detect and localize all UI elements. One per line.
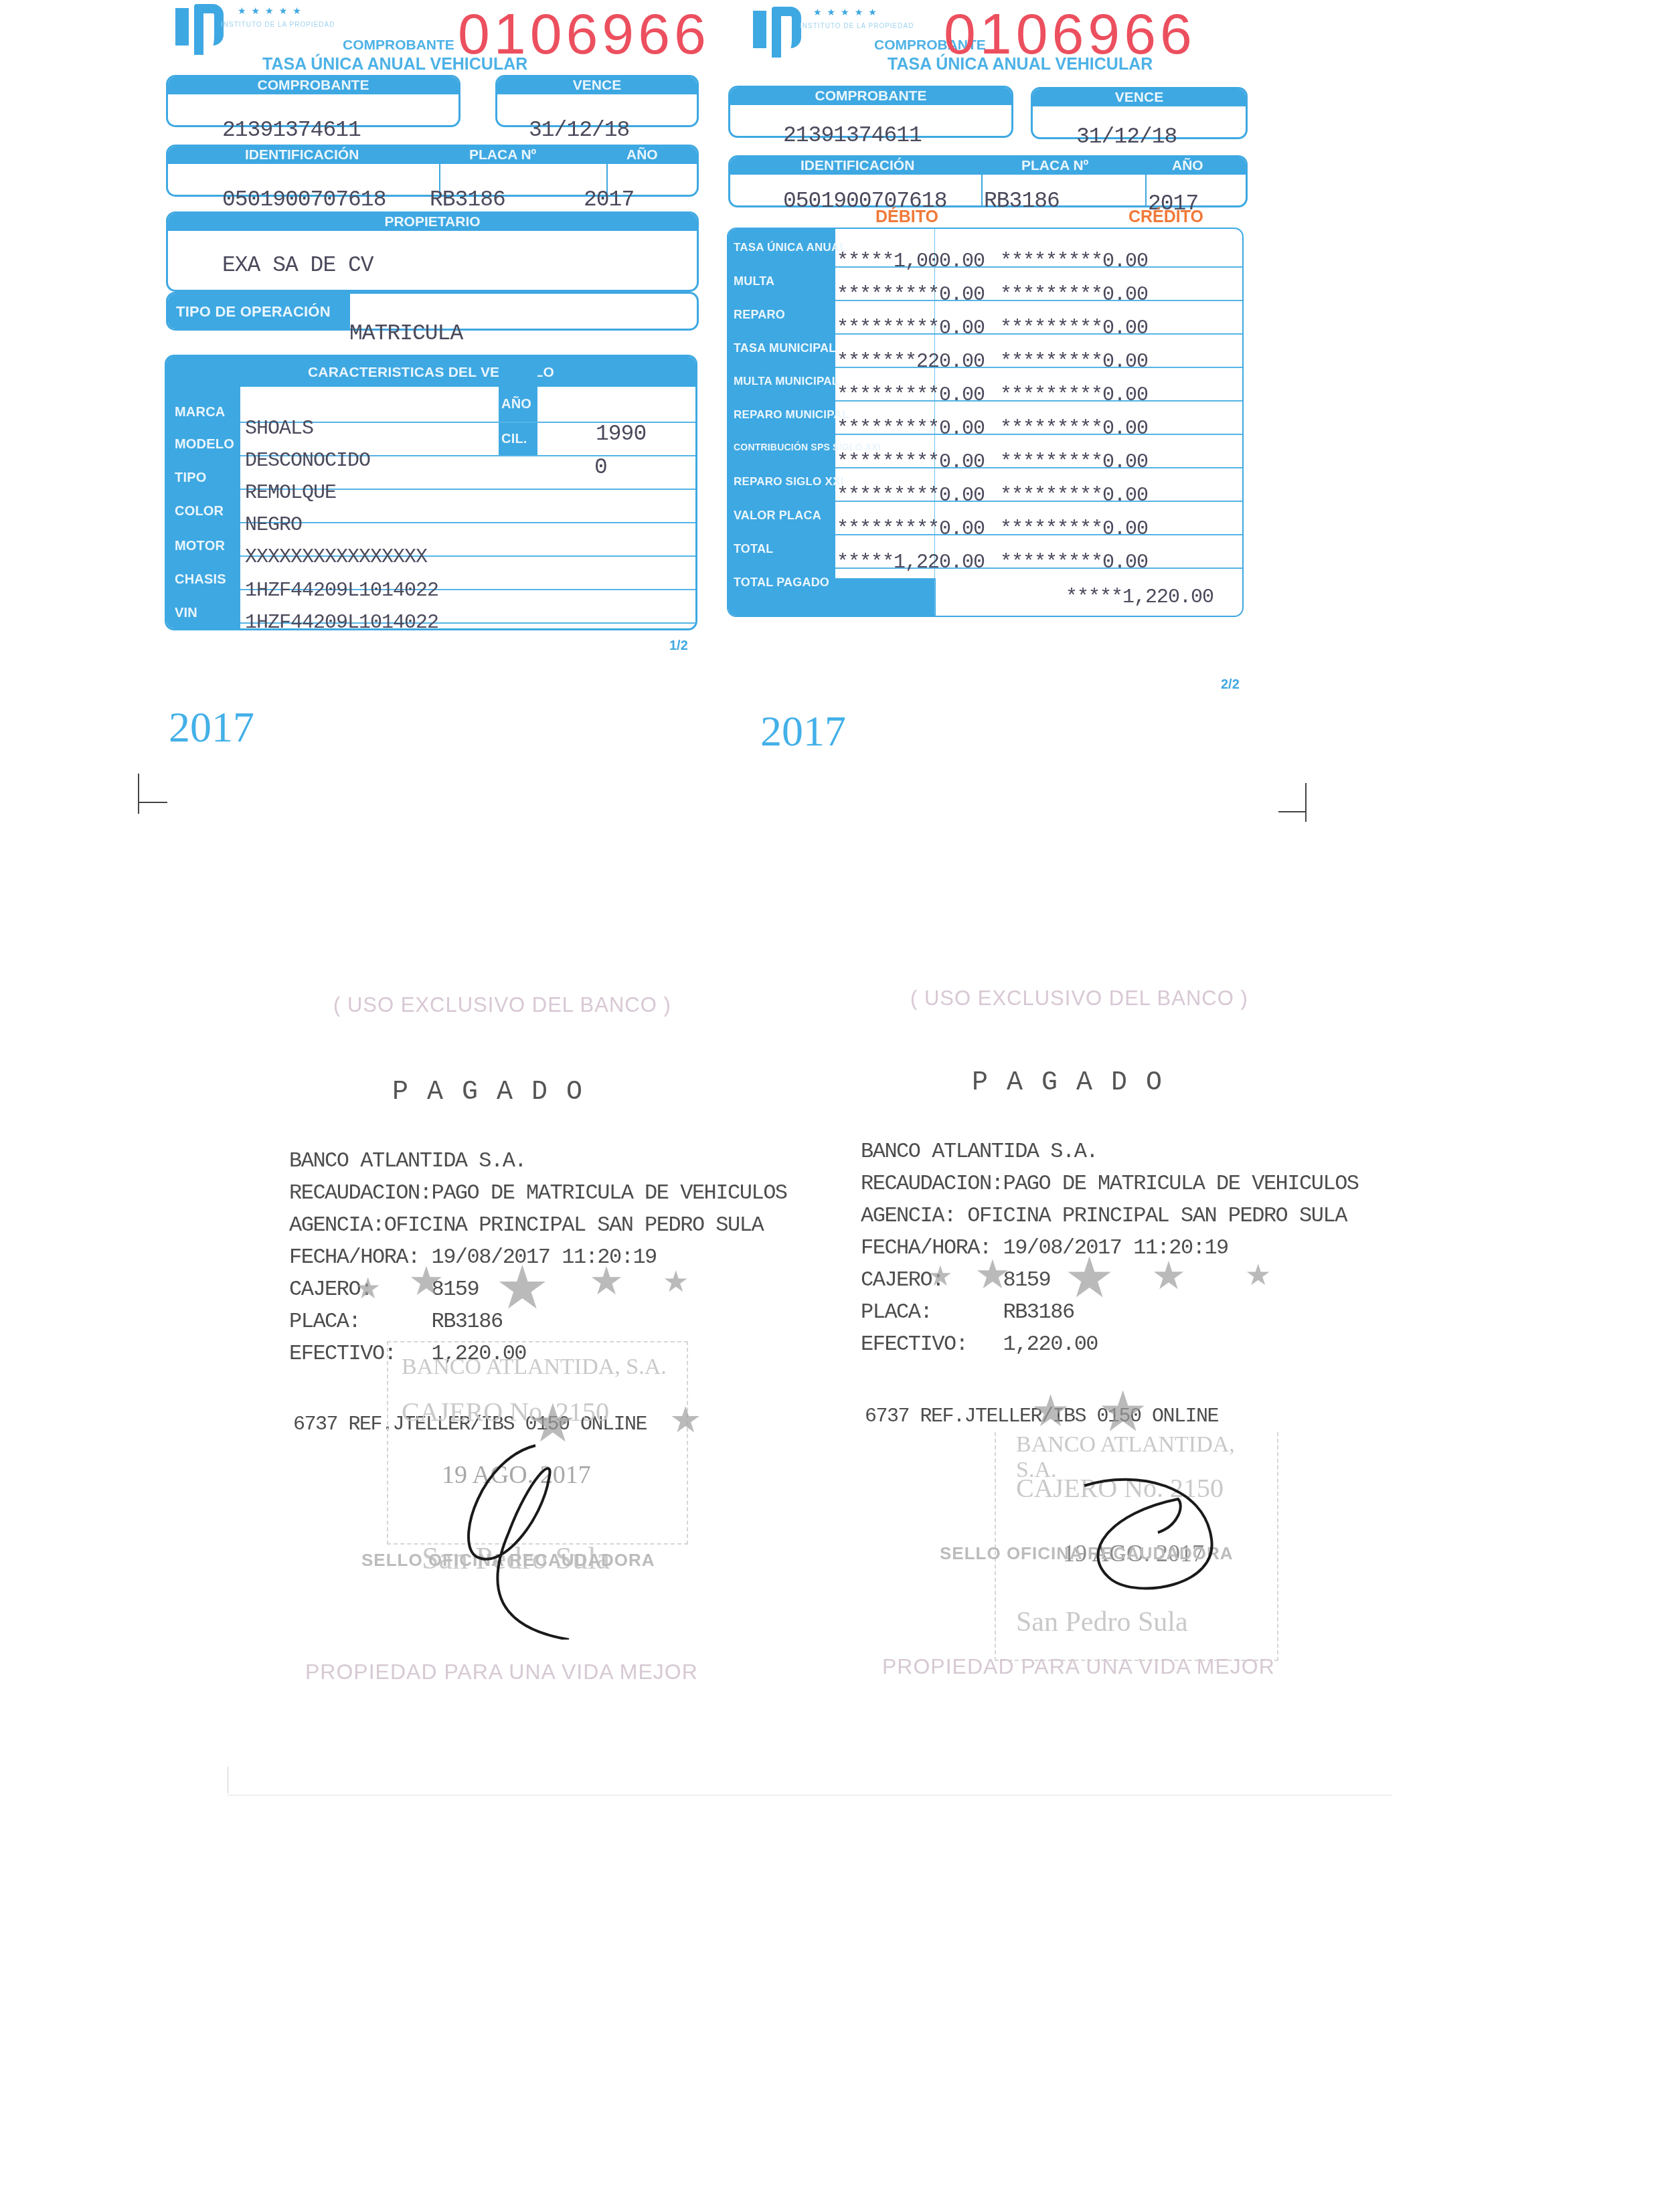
charge-debito: *********0.00 xyxy=(837,317,985,340)
year-watermark: 2017 xyxy=(760,707,846,756)
charge-debito: *********0.00 xyxy=(837,284,985,307)
charge-debito: *********0.00 xyxy=(837,485,985,507)
form-title: TASA ÚNICA ANUAL VEHICULAR xyxy=(262,55,527,74)
charge-credito: *********0.00 xyxy=(1000,518,1148,541)
identificacion-head: IDENTIFICACIÓN PLACA Nº AÑO xyxy=(730,157,1246,175)
charge-credito: *********0.00 xyxy=(1000,250,1148,273)
caract-label-motor: MOTOR xyxy=(175,539,225,554)
placa-label: PLACA Nº xyxy=(469,147,536,164)
charge-debito: *******220.00 xyxy=(837,351,985,373)
vence-label: VENCE xyxy=(1033,89,1246,106)
star-icon: ★ xyxy=(529,1392,577,1454)
caract-label-chasis: CHASIS xyxy=(175,572,226,588)
charge-debito: *****1,220.00 xyxy=(837,551,985,574)
vence-label: VENCE xyxy=(497,77,697,94)
bank-line: AGENCIA: OFICINA PRINCIPAL SAN PEDRO SUL… xyxy=(861,1203,1347,1228)
charge-label: TOTAL xyxy=(734,542,773,556)
bank-line: PLACA: RB3186 xyxy=(861,1300,1074,1324)
page-number: 1/2 xyxy=(669,638,688,654)
signature-icon xyxy=(442,1439,629,1640)
bank-use-header: ( USO EXCLUSIVO DEL BANCO ) xyxy=(910,986,1248,1011)
star-icon: ★ xyxy=(1098,1379,1148,1444)
caract-anio-label: AÑO xyxy=(501,397,531,412)
placa-label: PLACA Nº xyxy=(1021,157,1088,175)
star-icon: ★ xyxy=(1151,1253,1186,1298)
caracteristicas-title: CARACTERISTICAS DEL VEHICULO xyxy=(167,365,695,381)
star-icon: ★ xyxy=(355,1272,381,1306)
bank-line: CAJERO: 8159 xyxy=(289,1277,479,1302)
charge-label: REPARO xyxy=(734,308,785,322)
bank-line: EFECTIVO: 1,220.00 xyxy=(861,1332,1098,1357)
star-icon: ★ xyxy=(928,1259,953,1292)
placa-value: RB3186 xyxy=(984,189,1060,213)
charge-credito: *********0.00 xyxy=(1000,551,1148,574)
star-icon: ★ xyxy=(663,1265,689,1299)
crop-mark xyxy=(1278,811,1305,812)
comprobante-header-label: COMPROBANTE xyxy=(343,37,454,54)
star-icon: ★ xyxy=(1245,1258,1271,1292)
charge-credito: *********0.00 xyxy=(1000,418,1148,440)
star-icon: ★ xyxy=(975,1251,1011,1298)
charge-debito: *********0.00 xyxy=(837,518,985,541)
bank-footer: PROPIEDAD PARA UNA VIDA MEJOR xyxy=(882,1654,1275,1679)
anio-label: AÑO xyxy=(626,147,658,164)
caract-value: SHOALS xyxy=(245,418,313,440)
caract-value: 1HZF44209L1014022 xyxy=(245,612,438,634)
bank-line: AGENCIA:OFICINA PRINCIPAL SAN PEDRO SULA xyxy=(289,1213,763,1237)
charges-table: TASA ÚNICA ANUALMULTAREPAROTASA MUNICIPA… xyxy=(727,228,1244,617)
caract-label-tipo: TIPO xyxy=(175,470,206,486)
charge-label: REPARO MUNICIPAL xyxy=(734,408,849,422)
charge-label: MULTA MUNICIPAL xyxy=(734,375,839,388)
crop-mark xyxy=(138,774,139,814)
anio-label: AÑO xyxy=(1172,157,1203,175)
seal-bank: BANCO ATLANTIDA, S.A. xyxy=(402,1354,667,1380)
crop-mark xyxy=(1305,783,1307,822)
total-pagado-value: *****1,220.00 xyxy=(1066,586,1213,609)
caract-value: DESCONOCIDO xyxy=(245,450,370,472)
caract-value: REMOLQUE xyxy=(245,482,336,505)
signature-icon xyxy=(1071,1472,1258,1606)
charge-label: TASA ÚNICA ANUAL xyxy=(734,241,847,254)
caract-label-modelo: MODELO xyxy=(175,437,234,452)
bank-line: RECAUDACION:PAGO DE MATRICULA DE VEHICUL… xyxy=(289,1181,787,1205)
caract-value: 1HZF44209L1014022 xyxy=(245,580,438,602)
identificacion-label: IDENTIFICACIÓN xyxy=(245,147,359,164)
paid-status: PAGADO xyxy=(392,1077,601,1108)
charge-label: TASA MUNICIPAL xyxy=(734,341,836,355)
bank-use-header: ( USO EXCLUSIVO DEL BANCO ) xyxy=(333,993,671,1017)
star-icon: ★ xyxy=(495,1253,550,1323)
placa-value: RB3186 xyxy=(430,187,505,212)
seal-cajero: CAJERO No. 2150 xyxy=(402,1396,609,1427)
stars-icon: ★★★★★ xyxy=(813,7,882,18)
anio-value: 2017 xyxy=(584,187,634,212)
identificacion-value: 0501900707618 xyxy=(222,187,386,212)
bank-line: BANCO ATLANTIDA S.A. xyxy=(861,1139,1098,1164)
vence-value: 31/12/18 xyxy=(529,118,629,143)
form-title: TASA ÚNICA ANUAL VEHICULAR xyxy=(888,55,1153,74)
crop-mark xyxy=(138,802,167,803)
propietario-box: PROPIETARIO xyxy=(166,211,699,292)
caract-label-marca: MARCA xyxy=(175,405,225,420)
charge-debito: *********0.00 xyxy=(837,451,985,474)
caract-value: NEGRO xyxy=(245,514,302,537)
star-icon: ★ xyxy=(408,1258,444,1305)
bank-line: PLACA: RB3186 xyxy=(289,1309,503,1334)
institution-name: INSTITUTO DE LA PROPIEDAD xyxy=(800,23,914,30)
paid-status: PAGADO xyxy=(972,1068,1181,1098)
charge-credito: *********0.00 xyxy=(1000,284,1148,307)
institution-name: INSTITUTO DE LA PROPIEDAD xyxy=(221,21,335,29)
star-icon: ★ xyxy=(1064,1245,1114,1310)
debito-header: DÉBITO xyxy=(875,207,938,227)
stars-icon: ★★★★★ xyxy=(238,5,307,17)
caract-cil-label: CIL. xyxy=(501,432,527,447)
charge-credito: *********0.00 xyxy=(1000,384,1148,407)
comprobante-value: 21391374611 xyxy=(783,123,922,148)
bank-line: RECAUDACION:PAGO DE MATRICULA DE VEHICUL… xyxy=(861,1171,1359,1196)
charge-debito: *********0.00 xyxy=(837,418,985,440)
crop-mark xyxy=(228,1767,228,1794)
charge-label: MULTA xyxy=(734,274,774,288)
identificacion-head: IDENTIFICACIÓN PLACA Nº AÑO xyxy=(168,147,697,164)
charge-credito: *********0.00 xyxy=(1000,351,1148,373)
comprobante-label: COMPROBANTE xyxy=(168,77,458,94)
page-number: 2/2 xyxy=(1221,677,1240,693)
vence-value: 31/12/18 xyxy=(1076,124,1177,149)
star-icon: ★ xyxy=(669,1399,701,1441)
charge-credito: *********0.00 xyxy=(1000,317,1148,340)
caract-cil-value: 0 xyxy=(594,455,607,480)
charge-credito: *********0.00 xyxy=(1000,485,1148,507)
propietario-label: PROPIETARIO xyxy=(168,213,697,231)
caract-label-vin: VIN xyxy=(175,606,197,621)
year-watermark: 2017 xyxy=(169,703,254,752)
star-icon: ★ xyxy=(589,1258,624,1304)
tipo-operacion-label: TIPO DE OPERACIÓN xyxy=(176,303,331,321)
caract-label-color: COLOR xyxy=(175,504,224,519)
comprobante-label: COMPROBANTE xyxy=(730,88,1011,105)
star-icon: ★ xyxy=(1031,1385,1070,1437)
seal-city: San Pedro Sula xyxy=(1016,1606,1188,1638)
crop-line xyxy=(228,1795,1392,1796)
charge-debito: *********0.00 xyxy=(837,384,985,407)
identificacion-label: IDENTIFICACIÓN xyxy=(801,157,914,175)
bank-footer: PROPIEDAD PARA UNA VIDA MEJOR xyxy=(305,1660,698,1684)
tipo-operacion-value: MATRICULA xyxy=(349,321,463,346)
bank-line: BANCO ATLANTIDA S.A. xyxy=(289,1148,526,1173)
caract-value: XXXXXXXXXXXXXXXX xyxy=(245,546,427,569)
charge-label: TOTAL PAGADO xyxy=(734,576,829,590)
credito-header: CRÉDITO xyxy=(1128,207,1203,227)
charge-debito: *****1,000.00 xyxy=(837,250,985,273)
propietario-value: EXA SA DE CV xyxy=(222,253,373,278)
charge-label: REPARO SIGLO XXI xyxy=(734,475,843,489)
charge-credito: *********0.00 xyxy=(1000,451,1148,474)
bank-line: CAJERO: 8159 xyxy=(861,1268,1050,1292)
caract-anio-value: 1990 xyxy=(596,422,646,446)
charge-label: VALOR PLACA xyxy=(734,509,821,523)
comprobante-value: 21391374611 xyxy=(222,118,361,143)
